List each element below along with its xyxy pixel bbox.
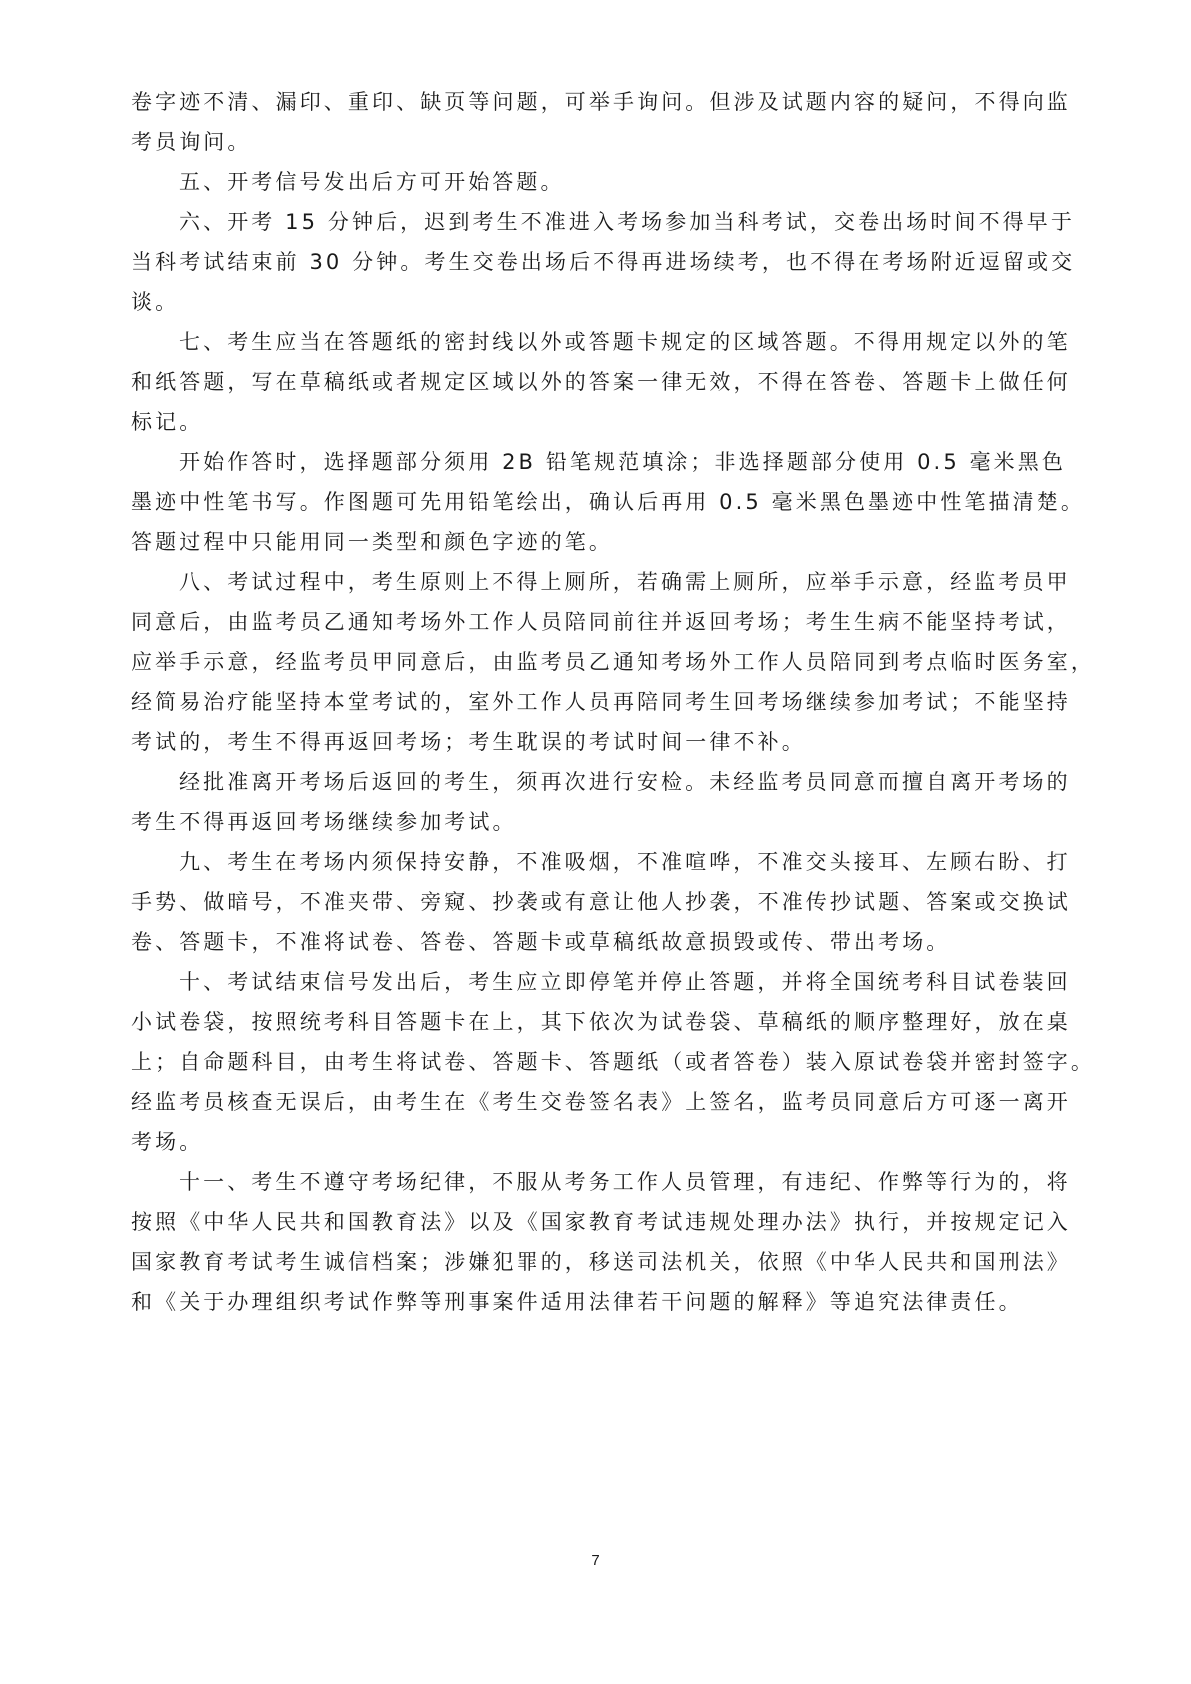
text-line: 墨迹中性笔书写。作图题可先用铅笔绘出，确认后再用 0.5 毫米黑色墨迹中性笔描清… xyxy=(131,486,1061,526)
text-line: 考生不得再返回考场继续参加考试。 xyxy=(131,806,1061,846)
text-line: 小试卷袋，按照统考科目答题卡在上，其下依次为试卷袋、草稿纸的顺序整理好，放在桌 xyxy=(131,1006,1061,1046)
paragraph-item-7: 七、考生应当在答题纸的密封线以外或答题卡规定的区域答题。不得用规定以外的笔 和纸… xyxy=(131,326,1061,446)
text-line: 答题过程中只能用同一类型和颜色字迹的笔。 xyxy=(131,526,1061,566)
text-line: 九、考生在考场内须保持安静，不准吸烟，不准喧哗，不准交头接耳、左顾右盼、打 xyxy=(131,846,1061,886)
text-line: 手势、做暗号，不准夹带、旁窥、抄袭或有意让他人抄袭，不准传抄试题、答案或交换试 xyxy=(131,886,1061,926)
text-line: 标记。 xyxy=(131,406,1061,446)
paragraph-item-5: 五、开考信号发出后方可开始答题。 xyxy=(131,166,1061,206)
text-line: 五、开考信号发出后方可开始答题。 xyxy=(131,166,1061,206)
page-number: 7 xyxy=(0,1552,1191,1569)
text-line: 考员询问。 xyxy=(131,126,1061,166)
text-line: 十、考试结束信号发出后，考生应立即停笔并停止答题，并将全国统考科目试卷装回 xyxy=(131,966,1061,1006)
text-line: 上；自命题科目，由考生将试卷、答题卡、答题纸（或者答卷）装入原试卷袋并密封签字。 xyxy=(131,1046,1061,1086)
text-line: 同意后，由监考员乙通知考场外工作人员陪同前往并返回考场；考生生病不能坚持考试， xyxy=(131,606,1061,646)
text-line: 当科考试结束前 30 分钟。考生交卷出场后不得再进场续考，也不得在考场附近逗留或… xyxy=(131,246,1061,286)
paragraph-item-8-return: 经批准离开考场后返回的考生，须再次进行安检。未经监考员同意而擅自离开考场的 考生… xyxy=(131,766,1061,846)
text-line: 和纸答题，写在草稿纸或者规定区域以外的答案一律无效，不得在答卷、答题卡上做任何 xyxy=(131,366,1061,406)
text-line: 八、考试过程中，考生原则上不得上厕所，若确需上厕所，应举手示意，经监考员甲 xyxy=(131,566,1061,606)
text-line: 六、开考 15 分钟后，迟到考生不准进入考场参加当科考试，交卷出场时间不得早于 xyxy=(131,206,1061,246)
paragraph-item-9: 九、考生在考场内须保持安静，不准吸烟，不准喧哗，不准交头接耳、左顾右盼、打 手势… xyxy=(131,846,1061,966)
text-line: 开始作答时，选择题部分须用 2B 铅笔规范填涂；非选择题部分使用 0.5 毫米黑… xyxy=(131,446,1061,486)
text-line: 经简易治疗能坚持本堂考试的，室外工作人员再陪同考生回考场继续参加考试；不能坚持 xyxy=(131,686,1061,726)
paragraph-item-11: 十一、考生不遵守考场纪律，不服从考务工作人员管理，有违纪、作弊等行为的，将 按照… xyxy=(131,1166,1061,1326)
text-line: 谈。 xyxy=(131,286,1061,326)
paragraph-item-10: 十、考试结束信号发出后，考生应立即停笔并停止答题，并将全国统考科目试卷装回 小试… xyxy=(131,966,1061,1166)
text-line: 经批准离开考场后返回的考生，须再次进行安检。未经监考员同意而擅自离开考场的 xyxy=(131,766,1061,806)
paragraph-item-6: 六、开考 15 分钟后，迟到考生不准进入考场参加当科考试，交卷出场时间不得早于 … xyxy=(131,206,1061,326)
document-body: 卷字迹不清、漏印、重印、缺页等问题，可举手询问。但涉及试题内容的疑问，不得向监 … xyxy=(131,86,1061,1326)
text-line: 按照《中华人民共和国教育法》以及《国家教育考试违规处理办法》执行，并按规定记入 xyxy=(131,1206,1061,1246)
text-line: 应举手示意，经监考员甲同意后，由监考员乙通知考场外工作人员陪同到考点临时医务室， xyxy=(131,646,1061,686)
text-line: 卷字迹不清、漏印、重印、缺页等问题，可举手询问。但涉及试题内容的疑问，不得向监 xyxy=(131,86,1061,126)
text-line: 经监考员核查无误后，由考生在《考生交卷签名表》上签名，监考员同意后方可逐一离开 xyxy=(131,1086,1061,1126)
text-line: 国家教育考试考生诚信档案；涉嫌犯罪的，移送司法机关，依照《中华人民共和国刑法》 xyxy=(131,1246,1061,1286)
paragraph-item-4-continued: 卷字迹不清、漏印、重印、缺页等问题，可举手询问。但涉及试题内容的疑问，不得向监 … xyxy=(131,86,1061,166)
document-page: 卷字迹不清、漏印、重印、缺页等问题，可举手询问。但涉及试题内容的疑问，不得向监 … xyxy=(0,0,1191,1684)
paragraph-item-7-pens: 开始作答时，选择题部分须用 2B 铅笔规范填涂；非选择题部分使用 0.5 毫米黑… xyxy=(131,446,1061,566)
text-line: 七、考生应当在答题纸的密封线以外或答题卡规定的区域答题。不得用规定以外的笔 xyxy=(131,326,1061,366)
text-line: 考场。 xyxy=(131,1126,1061,1166)
text-line: 考试的，考生不得再返回考场；考生耽误的考试时间一律不补。 xyxy=(131,726,1061,766)
text-line: 十一、考生不遵守考场纪律，不服从考务工作人员管理，有违纪、作弊等行为的，将 xyxy=(131,1166,1061,1206)
text-line: 卷、答题卡，不准将试卷、答卷、答题卡或草稿纸故意损毁或传、带出考场。 xyxy=(131,926,1061,966)
paragraph-item-8: 八、考试过程中，考生原则上不得上厕所，若确需上厕所，应举手示意，经监考员甲 同意… xyxy=(131,566,1061,766)
text-line: 和《关于办理组织考试作弊等刑事案件适用法律若干问题的解释》等追究法律责任。 xyxy=(131,1286,1061,1326)
